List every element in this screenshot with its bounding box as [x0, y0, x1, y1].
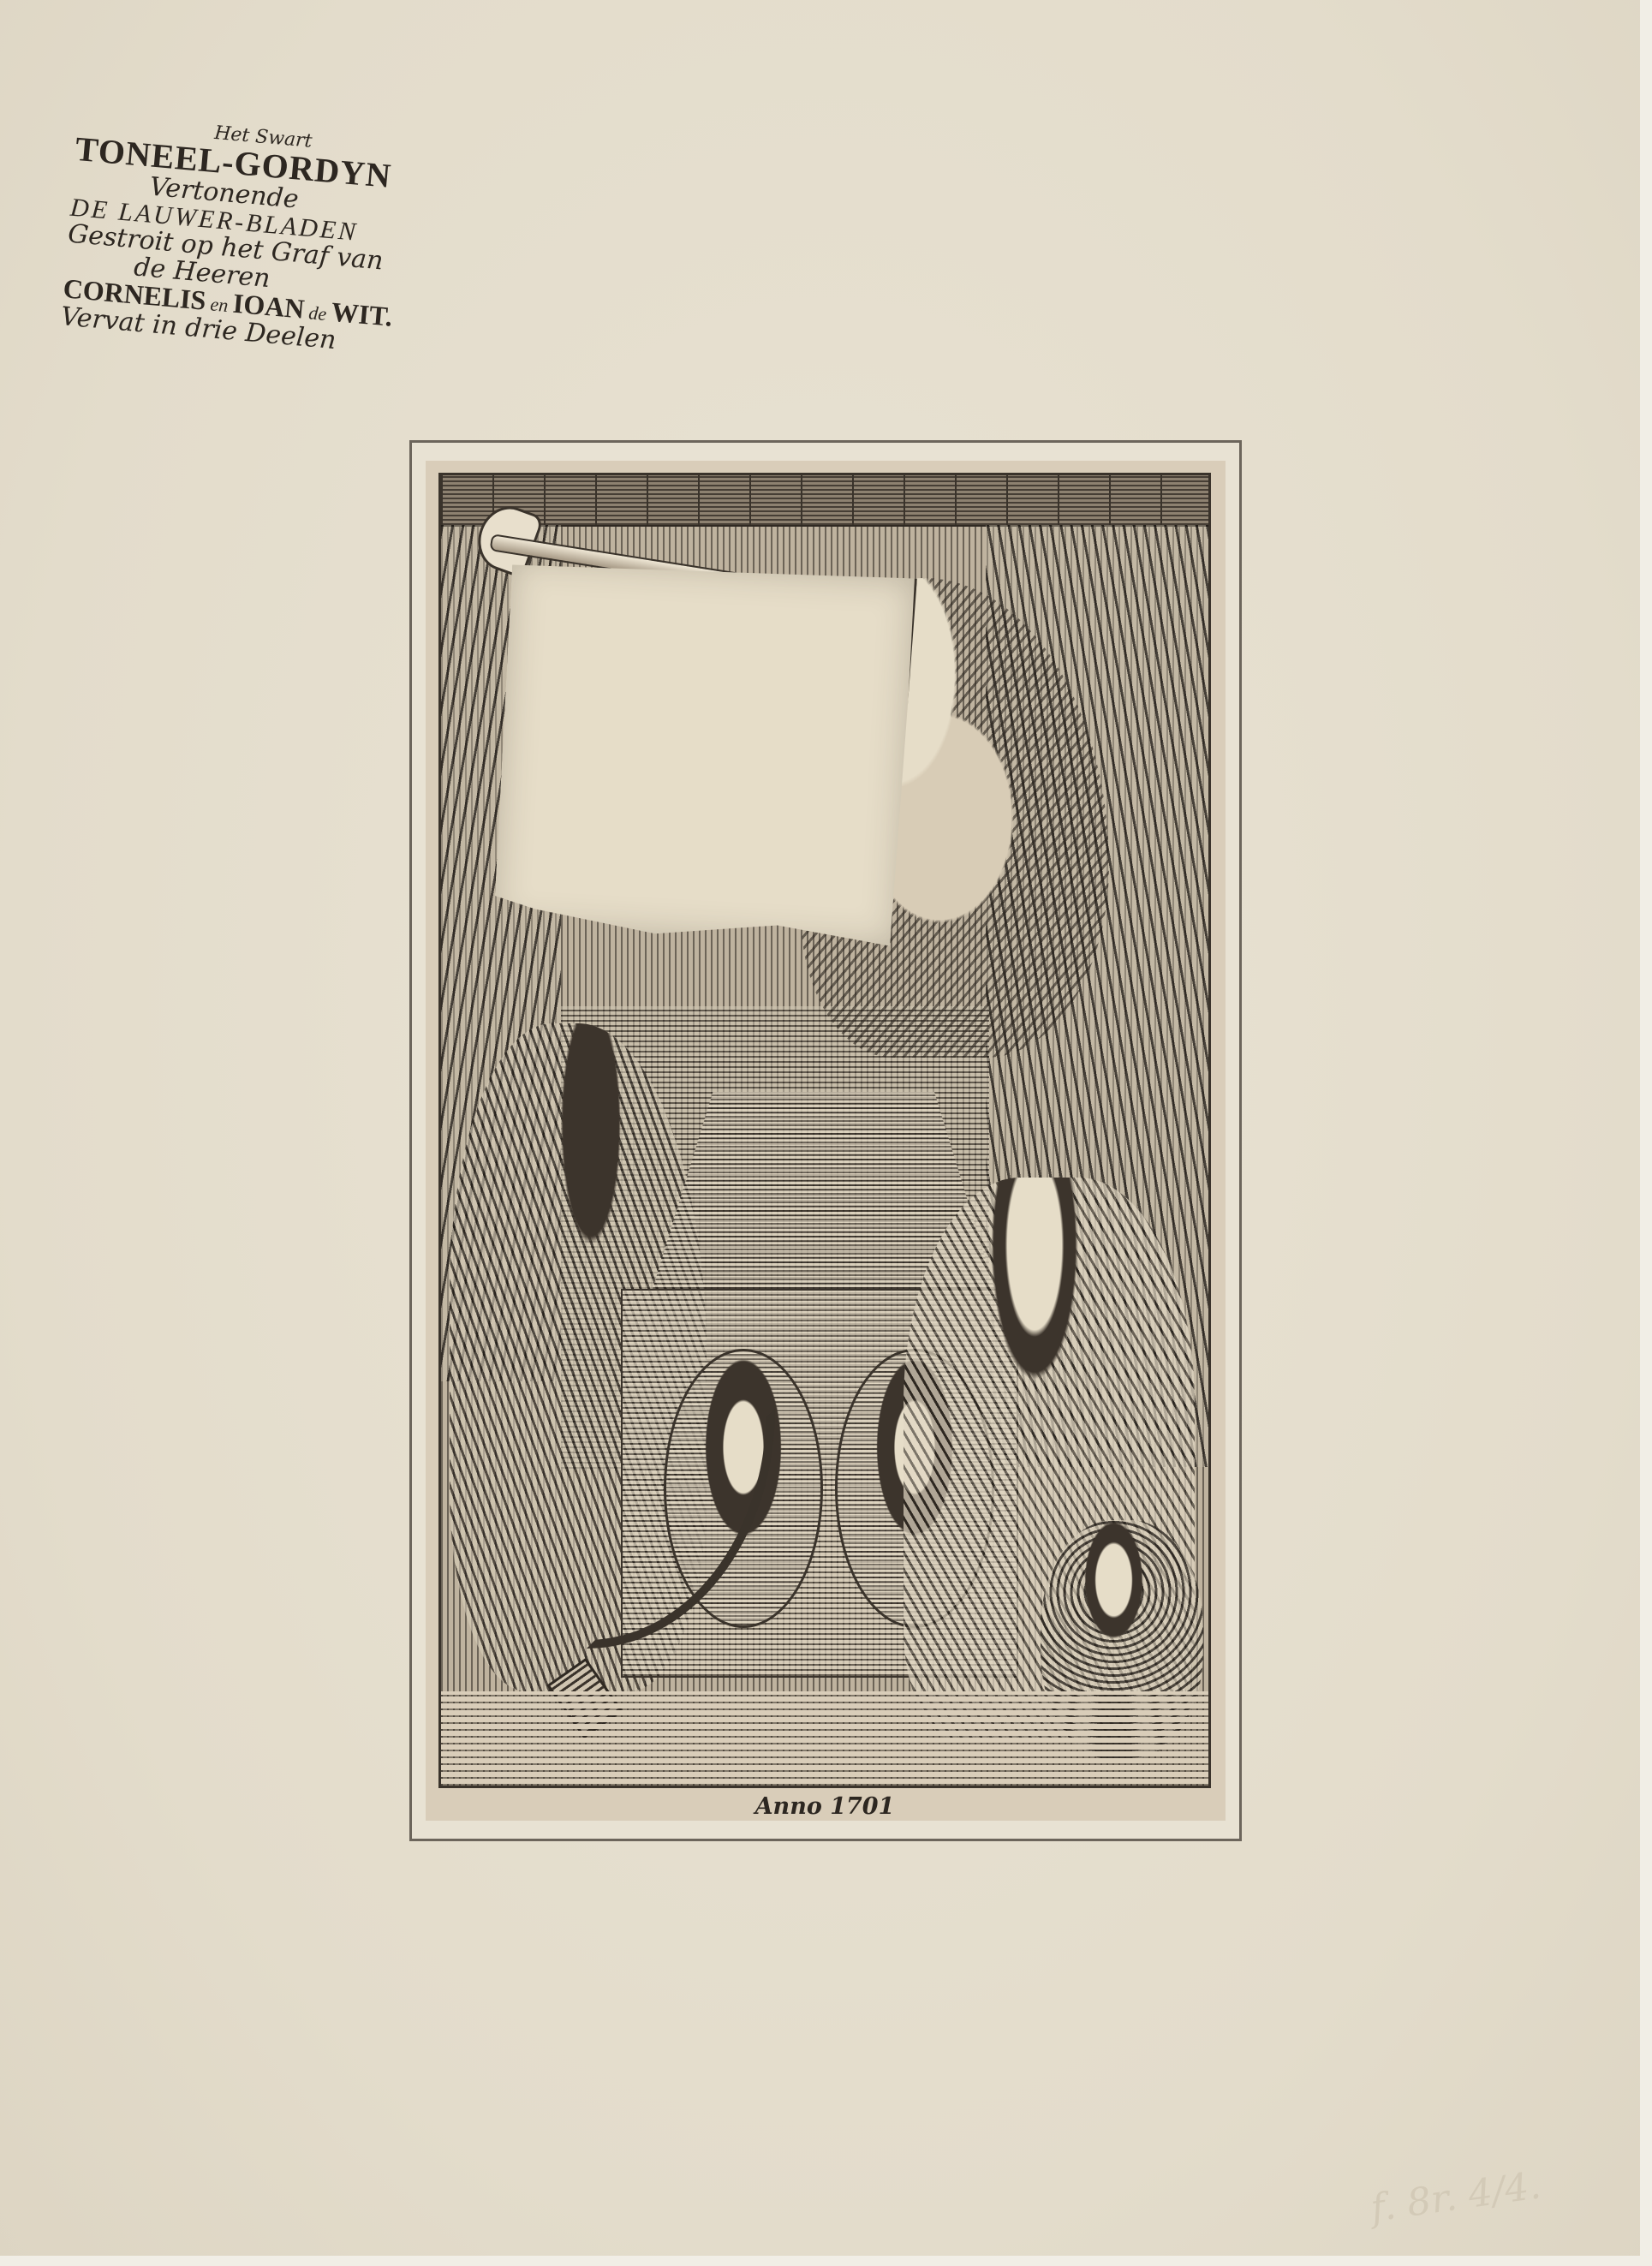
scan-edge-right [1640, 0, 1652, 2266]
scan-edge-bottom [0, 2256, 1652, 2266]
title-banner [493, 558, 917, 946]
ground-floor [441, 1691, 1208, 1786]
name-wit: WIT. [330, 296, 393, 332]
banner-title-text: Het Swart TONEEL-GORDYN Vertonende DE LA… [60, 111, 472, 364]
date-caption: Anno 1701 [438, 1793, 1211, 1820]
conjunction-en: en [205, 293, 234, 317]
curtain-valance [441, 475, 1208, 527]
engraving-image [438, 473, 1211, 1788]
particle-de: de [303, 301, 332, 325]
